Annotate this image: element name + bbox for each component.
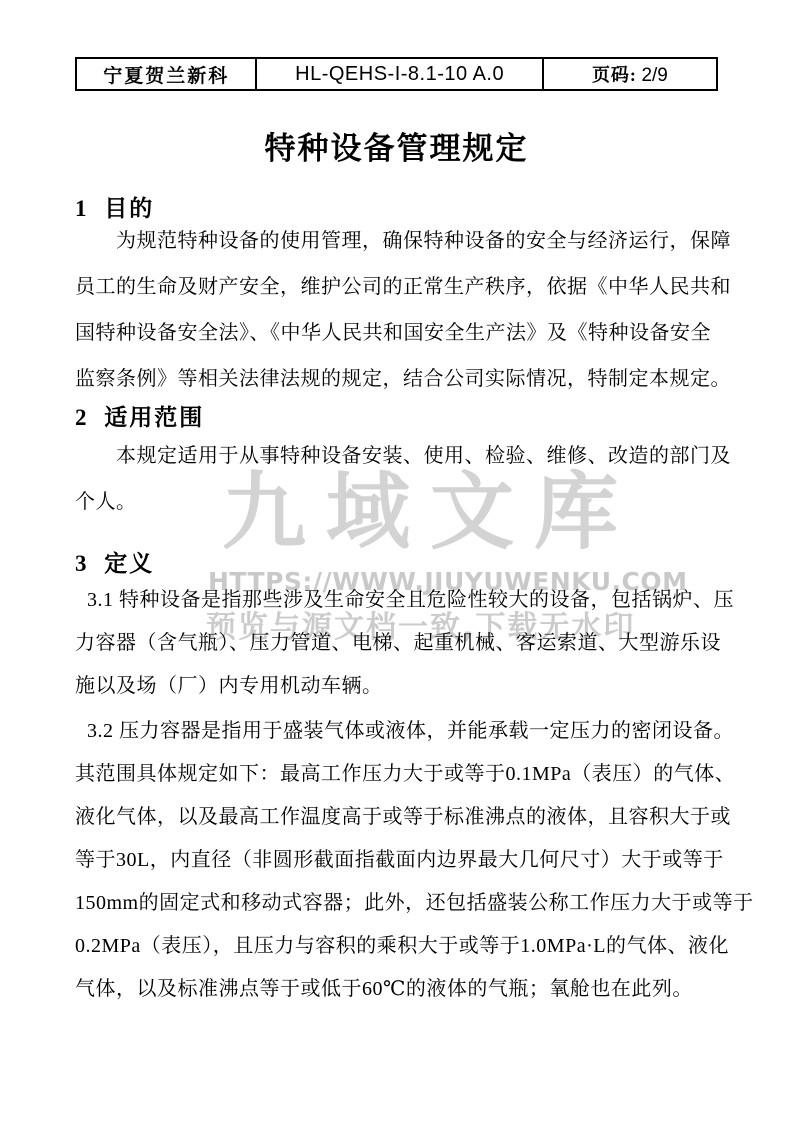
section-1-paragraph: 为规范特种设备的使用管理，确保特种设备的安全与经济运行，保障 员工的生命及财产安…	[75, 218, 718, 402]
header-table-row: 宁夏贺兰新科 HL-QEHS-I-8.1-10 A.0 页码: 2/9	[76, 58, 717, 90]
page-number-label: 页码:	[592, 65, 637, 85]
section-2-paragraph: 本规定适用于从事特种设备安装、使用、检验、维修、改造的部门及 个人。	[75, 433, 718, 525]
document-page: 九域文库 HTTPS://WWW.JIUYUWENKU.COM 预览与源文档一致…	[0, 0, 793, 1122]
section-3-heading: 3 定义	[75, 548, 718, 579]
header-table: 宁夏贺兰新科 HL-QEHS-I-8.1-10 A.0 页码: 2/9	[75, 57, 718, 91]
document-content: 宁夏贺兰新科 HL-QEHS-I-8.1-10 A.0 页码: 2/9 特种设备…	[75, 57, 718, 1011]
company-name-cell: 宁夏贺兰新科	[76, 58, 256, 90]
document-title: 特种设备管理规定	[75, 128, 718, 170]
section-3-paragraph-3-2: 3.2 压力容器是指用于盛装气体或液体，并能承载一定压力的密闭设备。 其范围具体…	[75, 710, 718, 1011]
page-number-cell: 页码: 2/9	[543, 58, 717, 90]
section-2-heading: 2 适用范围	[75, 402, 718, 433]
document-code-cell: HL-QEHS-I-8.1-10 A.0	[256, 58, 542, 90]
section-3-paragraph-3-1: 3.1 特种设备是指那些涉及生命安全且危险性较大的设备，包括锅炉、压 力容器（含…	[75, 579, 718, 708]
page-number-value: 2/9	[641, 65, 667, 86]
